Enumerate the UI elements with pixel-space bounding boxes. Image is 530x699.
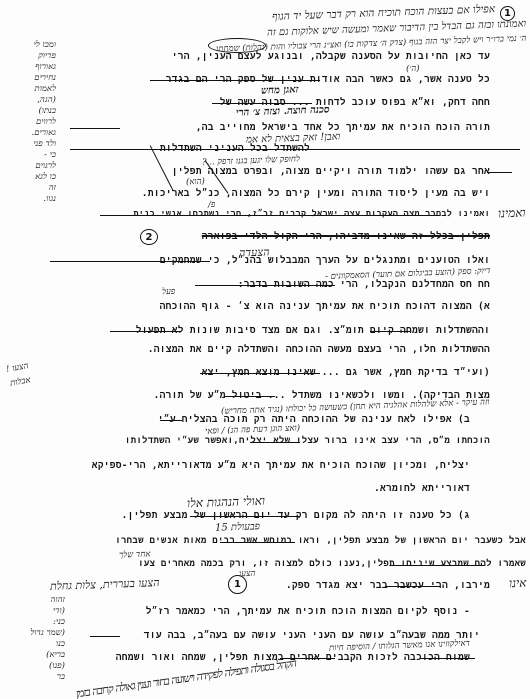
strikethrough-line bbox=[487, 172, 512, 173]
section-label-a: א) bbox=[478, 301, 490, 312]
typed-line: ואמינו לבחבר מצה העקבות עצה ישראל קרבים … bbox=[133, 209, 490, 219]
handwritten-insert: (ה׳) bbox=[406, 63, 420, 74]
strikethrough-line bbox=[190, 516, 300, 517]
section-text: אפילו לאח ענינה של ההוכחה היתה רק תוכה ב… bbox=[158, 414, 452, 425]
typed-line: שאמרו להם שמבצע שיניחו תפלין,נענו כולם ל… bbox=[138, 559, 526, 569]
strikethrough-line bbox=[195, 285, 335, 286]
margin-note: לאמות bbox=[6, 84, 56, 95]
strikethrough-line bbox=[370, 331, 410, 332]
margin-note: כנו bbox=[10, 639, 65, 650]
circled-number-marker: 1 bbox=[228, 575, 247, 594]
typed-line: וההשתדלות ושמחה קיום תומ״צ. וגם אם מצד ס… bbox=[136, 325, 490, 336]
margin-note: כו לגא bbox=[6, 172, 56, 183]
typed-line: ב) אפילו לאח ענינה של ההוכחה היתה רק תוכ… bbox=[158, 414, 470, 425]
handwritten-insert: ואולי הנהגות אלו bbox=[187, 494, 265, 512]
section-label-b: ב) bbox=[458, 414, 470, 425]
strikethrough-line bbox=[70, 128, 120, 129]
handwritten-insert: אינו bbox=[508, 576, 526, 592]
strikethrough-line bbox=[250, 442, 300, 443]
strikethrough-line bbox=[420, 658, 475, 659]
strikethrough-line bbox=[100, 215, 440, 216]
margin-note: כני: bbox=[10, 617, 65, 628]
margin-note: גאורוף bbox=[6, 62, 56, 73]
margin-note: (ודי bbox=[10, 606, 65, 617]
handwritten-margin-note: הצעו בעררית, צלות גחלת bbox=[50, 576, 160, 593]
circled-number-marker: 2 bbox=[140, 229, 158, 245]
strikethrough-line bbox=[390, 565, 485, 566]
margin-note: נחירים bbox=[6, 73, 56, 84]
margin-note: זה bbox=[6, 183, 56, 194]
left-margin-notes-upper: ומכו לי פדיוק גאורוף נחירים לאמות (הגה, … bbox=[6, 40, 56, 205]
strikethrough-line bbox=[212, 103, 312, 104]
margin-note: כי - bbox=[6, 150, 56, 161]
strikethrough-line bbox=[90, 636, 120, 637]
section-label-c: ג) bbox=[458, 510, 470, 521]
typed-line: דאורייתא לחומרא. bbox=[374, 483, 470, 494]
margin-note: לרגוים bbox=[6, 161, 56, 172]
margin-note: זהוה bbox=[10, 595, 65, 606]
typed-line: הוכחתו מ״ס, הרי עצב אינו ברור עצלו שלא י… bbox=[125, 436, 490, 446]
margin-note: (הגה, bbox=[6, 95, 56, 106]
strikethrough-line bbox=[385, 586, 440, 587]
margin-note: (שמר גדול bbox=[10, 628, 65, 639]
handwritten-insert: סכנה חוצה. וצזה צ׳ הרי bbox=[236, 104, 330, 118]
handwritten-margin-note: הצעו ! bbox=[5, 360, 29, 375]
section-text: המצוה דהוכח תוכיח את עמיתך ענינה הוא צ׳ … bbox=[160, 301, 472, 312]
handwritten-insert: זאגן מחש bbox=[260, 84, 298, 96]
handwritten-insert: ואמינו bbox=[498, 206, 526, 222]
typed-line: אחר גם עשהו ילמוד תורה ויקיים מצוה, ובפר… bbox=[172, 166, 490, 177]
margin-note: גאורים. bbox=[6, 128, 56, 139]
margin-note: ומכו לי bbox=[6, 40, 56, 51]
margin-note: נגוו. bbox=[6, 194, 56, 205]
typed-line: עד כאן החיובות על הסענה שקבלה, ובנוגע לע… bbox=[172, 51, 490, 62]
handwritten-margin-note: אבלות bbox=[9, 374, 31, 388]
strikethrough-line bbox=[225, 396, 275, 397]
typed-line: - נוסף לקיום המצות הוכח תוכיח את עמיתך, … bbox=[146, 606, 470, 617]
handwritten-insert: (ואצ הוגן דעת פה הנ) / ופאי bbox=[205, 422, 300, 436]
left-margin-notes-lower: זהוה (ודי כני: (שמר גדול כנו בריא) (פנו)… bbox=[10, 595, 65, 683]
strikethrough-line bbox=[160, 420, 182, 421]
margin-note: בר bbox=[10, 672, 65, 683]
strikethrough-line bbox=[70, 149, 520, 150]
typed-line: תורה הוכח הוכיח את עמיתך כל אחד בישראל מ… bbox=[196, 122, 490, 133]
margin-note: לרווים bbox=[6, 117, 56, 128]
strikethrough-line bbox=[220, 542, 295, 543]
margin-note: (פנו) bbox=[10, 661, 65, 672]
scanned-document-page: 1 אפילו אם בעצות הוכח תוכיח הוא רק דבר ש… bbox=[0, 0, 530, 699]
strikethrough-line bbox=[150, 80, 320, 81]
typed-line: א) המצוה דהוכח תוכיח את עמיתך ענינה הוא … bbox=[160, 301, 490, 312]
margin-note: בנתו) bbox=[6, 106, 56, 117]
strikethrough-line bbox=[200, 373, 320, 374]
handwritten-insert: (הוא) bbox=[186, 176, 205, 188]
typed-line: ויש בה מעין ליסוד התורה ומעין קירם כל המ… bbox=[142, 188, 490, 199]
margin-note: בריא) bbox=[10, 650, 65, 661]
typed-line: יצליח, ומכיון שהוכח הוכיח את עמיתך היא מ… bbox=[92, 460, 470, 471]
strikethrough-line bbox=[50, 261, 210, 262]
strikethrough-line bbox=[110, 331, 180, 332]
margin-note: ולד פני bbox=[6, 139, 56, 150]
margin-note: פדיוק bbox=[6, 51, 56, 62]
handwritten-insert: פעל bbox=[162, 286, 176, 297]
typed-line: אבל כשעבר יום הראשון של מבצע תפלין, וראו… bbox=[115, 536, 526, 546]
typed-line-struck: תפלין בכלל זה שאינו מדביהו, הרי הקול הלד… bbox=[202, 231, 490, 242]
handwritten-insert: פבעולת 15 bbox=[215, 521, 260, 534]
typed-line: ההשתדלות חלו, הרי בעצם מעשה ההוכחה והשתד… bbox=[148, 344, 490, 355]
